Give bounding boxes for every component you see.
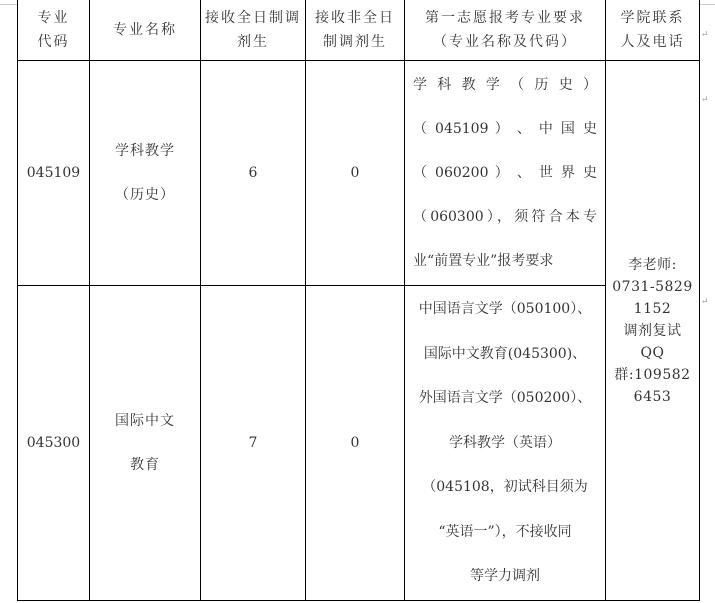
table-row: 045300 国际中文 教育 7 0 中国语言文学（050100）、 国际中文教…: [18, 286, 700, 601]
table-row: 045109 学科教学 （历史） 6 0 学 科 教 学 （ 历 史 ） （ 0…: [18, 61, 700, 286]
cell-major-name: 学科教学 （历史）: [90, 61, 201, 286]
contact-line: 1152: [606, 298, 699, 320]
cell-fulltime: 7: [201, 286, 306, 601]
requirement-line: 业“前置专业”报考要求: [413, 239, 597, 283]
cell-major-code: 045300: [18, 286, 90, 601]
major-name-line: （历史）: [90, 173, 200, 217]
page-corner-mark: [0, 0, 17, 5]
cell-major-name: 国际中文 教育: [90, 286, 201, 601]
requirement-line: “英语一”），不接收同: [409, 510, 601, 555]
paragraph-mark-icon: ↵: [701, 95, 709, 105]
parttime-count: 0: [351, 165, 360, 181]
header-text: 人及电话: [606, 30, 699, 54]
contact-line: 群:109582: [606, 364, 699, 386]
cell-parttime: 0: [306, 286, 405, 601]
contact-line: QQ: [606, 342, 699, 364]
cell-major-code: 045109: [18, 61, 90, 286]
parttime-count: 0: [351, 435, 360, 451]
header-text: 代码: [18, 30, 89, 54]
major-name-line: 学科教学: [90, 129, 200, 173]
paragraph-mark-icon: ↵: [701, 30, 709, 40]
requirement-line: 外国语言文学（050200）、: [409, 376, 601, 421]
header-row: 专业 代码 专业名称 接收全日制调 剂生 接收非全日 制调剂生 第一志愿报考专业…: [18, 0, 700, 61]
contact-line: 调剂复试: [606, 320, 699, 342]
header-text: （专业名称及代码）: [405, 30, 605, 54]
major-code: 045109: [27, 165, 80, 181]
header-text: 制调剂生: [306, 30, 404, 54]
contact-line: 6453: [606, 386, 699, 408]
cell-contact: 李老师: 0731-5829 1152 调剂复试 QQ 群:109582 645…: [606, 61, 700, 601]
header-text: 接收全日制调: [201, 6, 305, 30]
header-fulltime: 接收全日制调 剂生: [201, 0, 306, 61]
cell-requirement: 中国语言文学（050100）、 国际中文教育(045300)、 外国语言文学（0…: [405, 286, 606, 601]
header-text: 第一志愿报考专业要求: [405, 6, 605, 30]
requirement-line: 学科教学（英语）: [409, 421, 601, 466]
header-major-name: 专业名称: [90, 0, 201, 61]
major-name-line: 教育: [90, 443, 200, 487]
requirement-line: 中国语言文学（050100）、: [409, 287, 601, 332]
header-major-code: 专业 代码: [18, 0, 90, 61]
requirement-line: （ 060200 ） 、 世 界 史: [413, 151, 597, 195]
fulltime-count: 7: [249, 435, 258, 451]
header-text: 专业名称: [113, 22, 177, 38]
major-code: 045300: [27, 435, 80, 451]
header-contact: 学院联系 人及电话: [606, 0, 700, 61]
contact-line: 0731-5829: [606, 276, 699, 298]
cell-parttime: 0: [306, 61, 405, 286]
header-text: 专业: [18, 6, 89, 30]
header-text: 接收非全日: [306, 6, 404, 30]
requirement-line: 学 科 教 学 （ 历 史 ）: [413, 63, 597, 107]
requirement-line: （ 045109 ） 、 中 国 史: [413, 107, 597, 151]
major-name-line: 国际中文: [90, 399, 200, 443]
header-text: 剂生: [201, 30, 305, 54]
requirement-line: 国际中文教育(045300)、: [409, 332, 601, 377]
requirement-line: 等学力调剂: [409, 554, 601, 599]
fulltime-count: 6: [249, 165, 258, 181]
contact-line: 李老师:: [606, 254, 699, 276]
page-corner-mark: [698, 0, 715, 5]
header-requirement: 第一志愿报考专业要求 （专业名称及代码）: [405, 0, 606, 61]
header-parttime: 接收非全日 制调剂生: [306, 0, 405, 61]
header-text: 学院联系: [606, 6, 699, 30]
adjustment-table: 专业 代码 专业名称 接收全日制调 剂生 接收非全日 制调剂生 第一志愿报考专业…: [17, 0, 700, 601]
requirement-line: （060300），须符合本专: [413, 195, 597, 239]
cell-fulltime: 6: [201, 61, 306, 286]
requirement-line: （045108，初试科目须为: [409, 465, 601, 510]
cell-requirement: 学 科 教 学 （ 历 史 ） （ 045109 ） 、 中 国 史 （ 060…: [405, 61, 606, 286]
paragraph-mark-icon: ↵: [701, 297, 709, 307]
